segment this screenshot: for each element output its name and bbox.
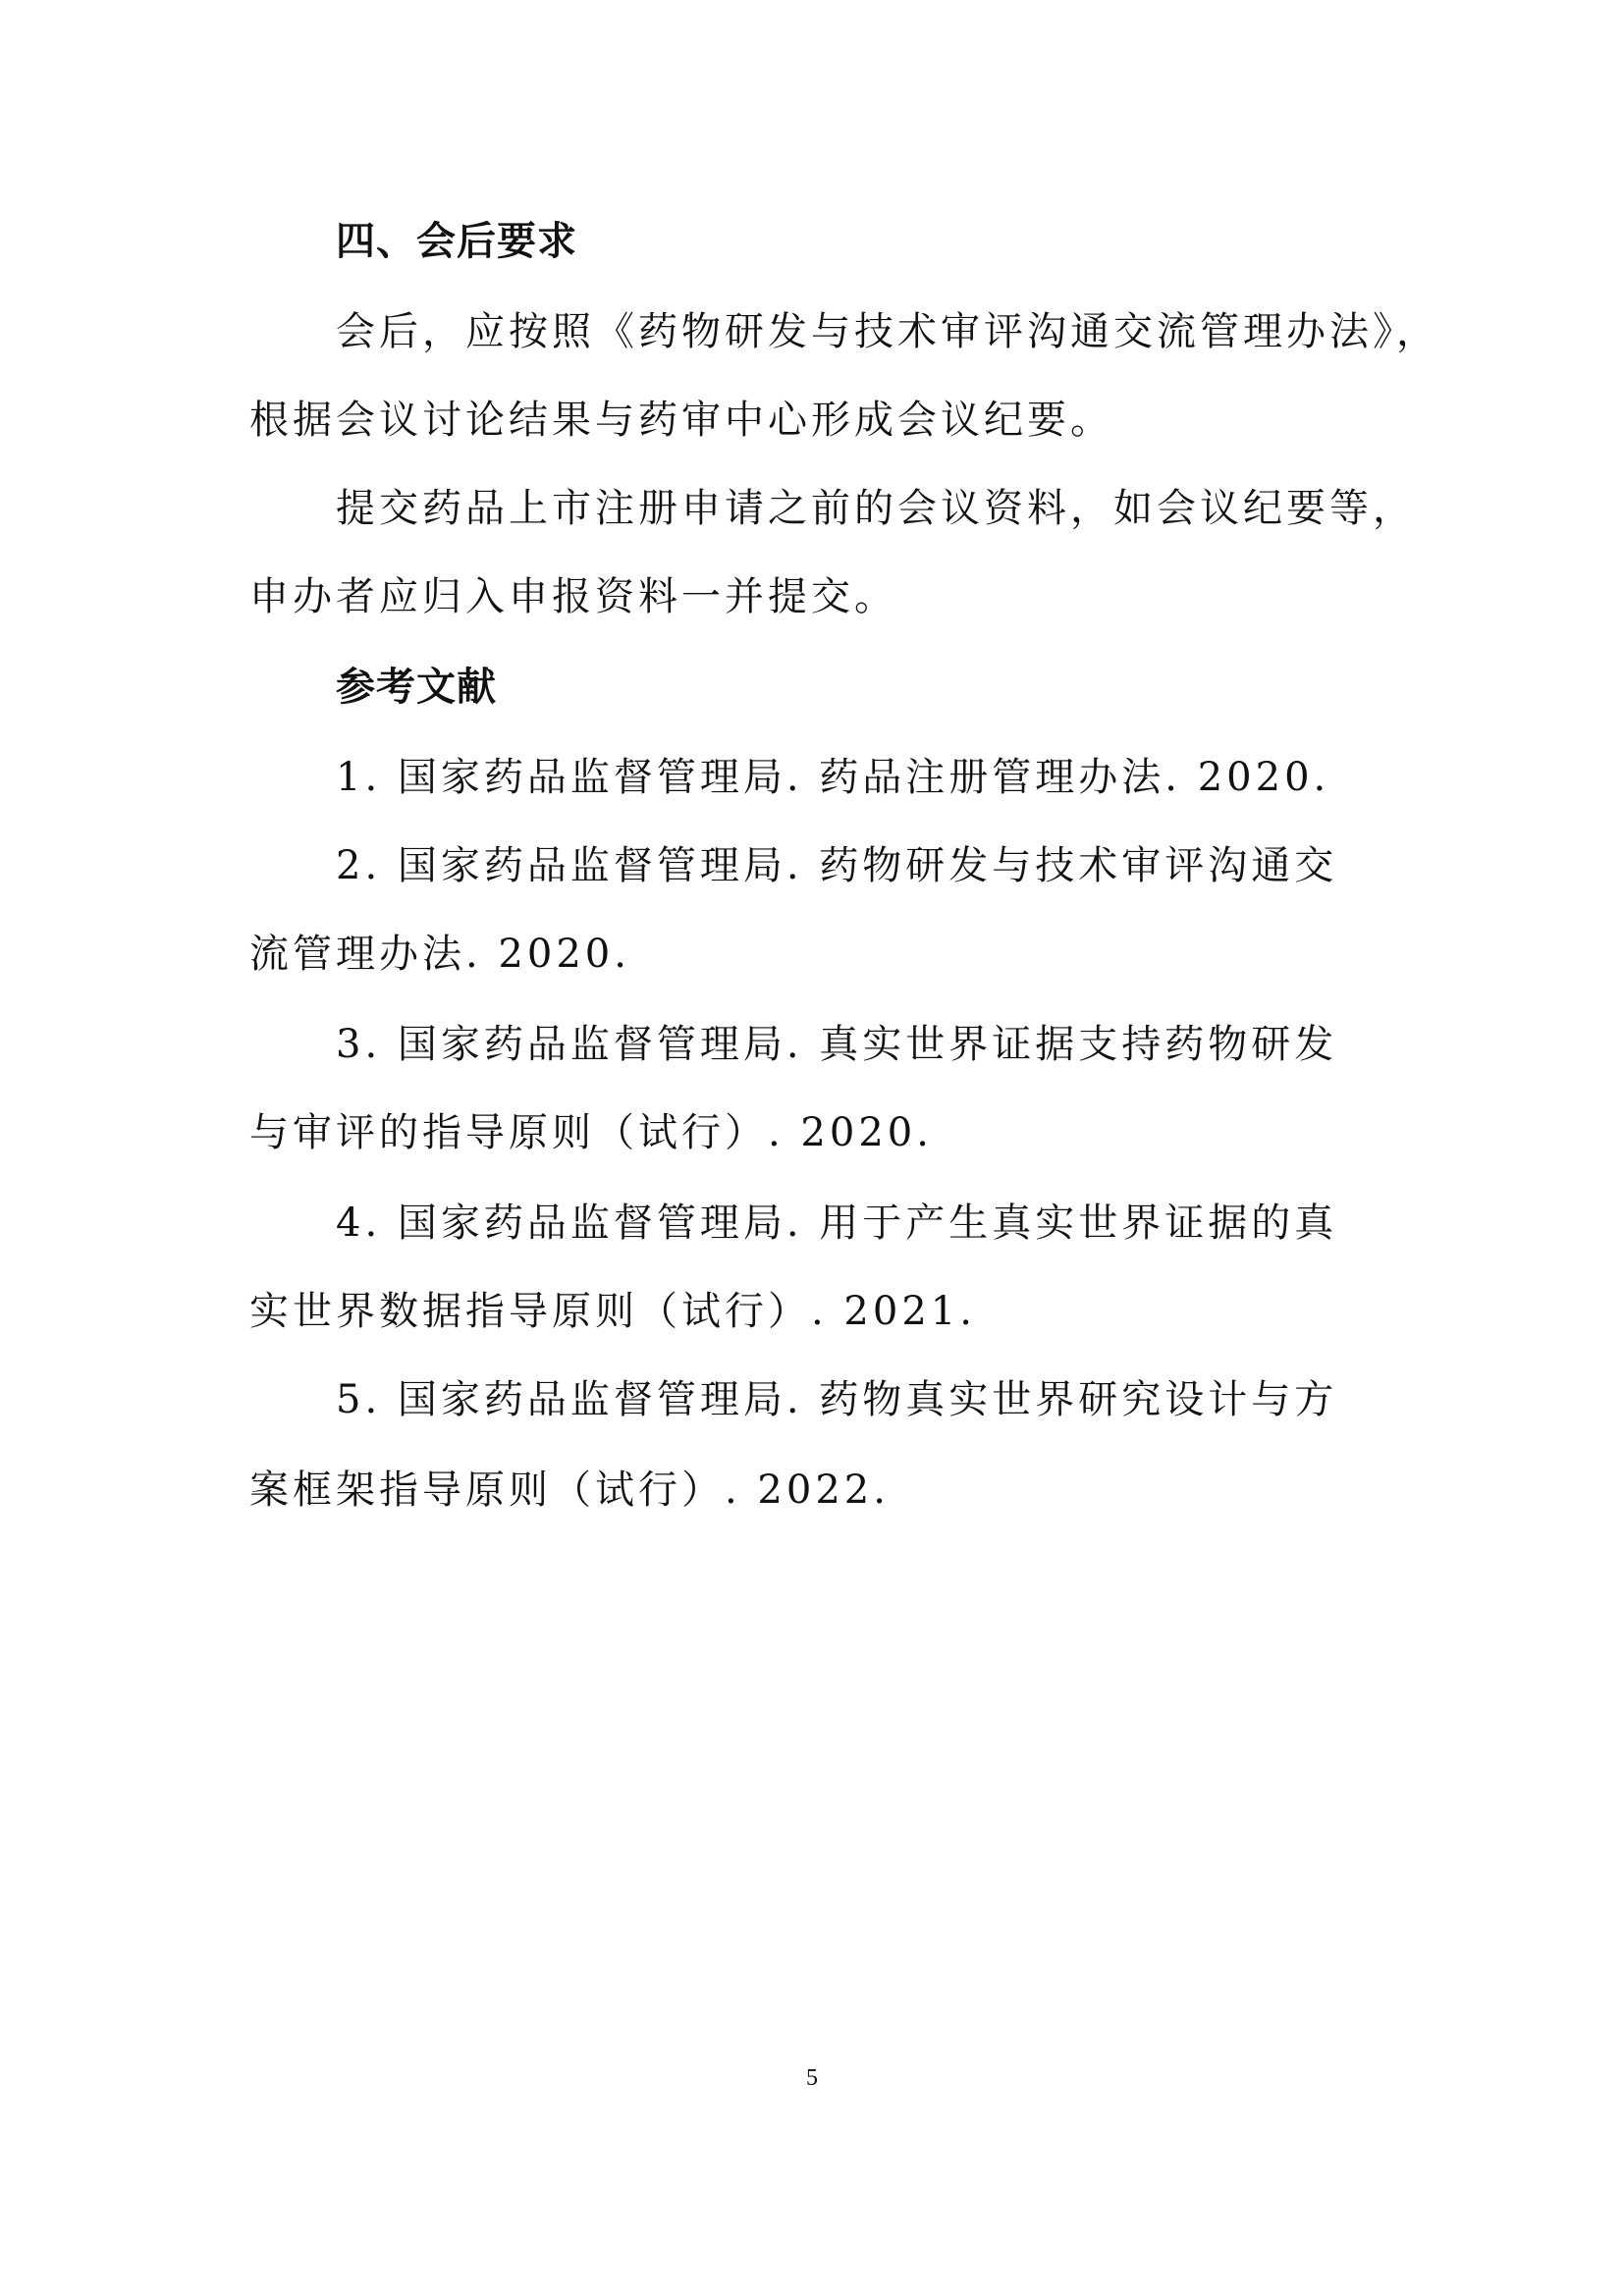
paragraph-line: 提交药品上市注册申请之前的会议资料，如会议纪要等，: [336, 485, 1416, 532]
reference-item-2: 2. 国家药品监督管理局. 药物研发与技术审评沟通交: [336, 842, 1337, 889]
paragraph-line: 会后，应按照《药物研发与技术审评沟通交流管理办法》，: [336, 308, 1439, 355]
reference-item-3: 3. 国家药品监督管理局. 真实世界证据支持药物研发: [336, 1021, 1337, 1068]
reference-item-4-cont: 实世界数据指导原则（试行）. 2021.: [249, 1288, 976, 1335]
reference-item-3-cont: 与审评的指导原则（试行）. 2020.: [249, 1109, 933, 1156]
section-heading: 四、会后要求: [336, 218, 577, 265]
document-page: 四、会后要求 会后，应按照《药物研发与技术审评沟通交流管理办法》， 根据会议讨论…: [0, 0, 1624, 2296]
page-number: 5: [0, 2065, 1624, 2092]
reference-item-4: 4. 国家药品监督管理局. 用于产生真实世界证据的真: [336, 1200, 1337, 1247]
reference-item-5: 5. 国家药品监督管理局. 药物真实世界研究设计与方: [336, 1376, 1337, 1423]
references-heading: 参考文献: [336, 664, 497, 711]
reference-item-1: 1. 国家药品监督管理局. 药品注册管理办法. 2020.: [336, 754, 1329, 801]
reference-item-5-cont: 案框架指导原则（试行）. 2022.: [249, 1467, 890, 1514]
paragraph-line: 根据会议讨论结果与药审中心形成会议纪要。: [249, 397, 1113, 444]
paragraph-line: 申办者应归入申报资料一并提交。: [249, 573, 897, 620]
reference-item-2-cont: 流管理办法. 2020.: [249, 931, 630, 978]
